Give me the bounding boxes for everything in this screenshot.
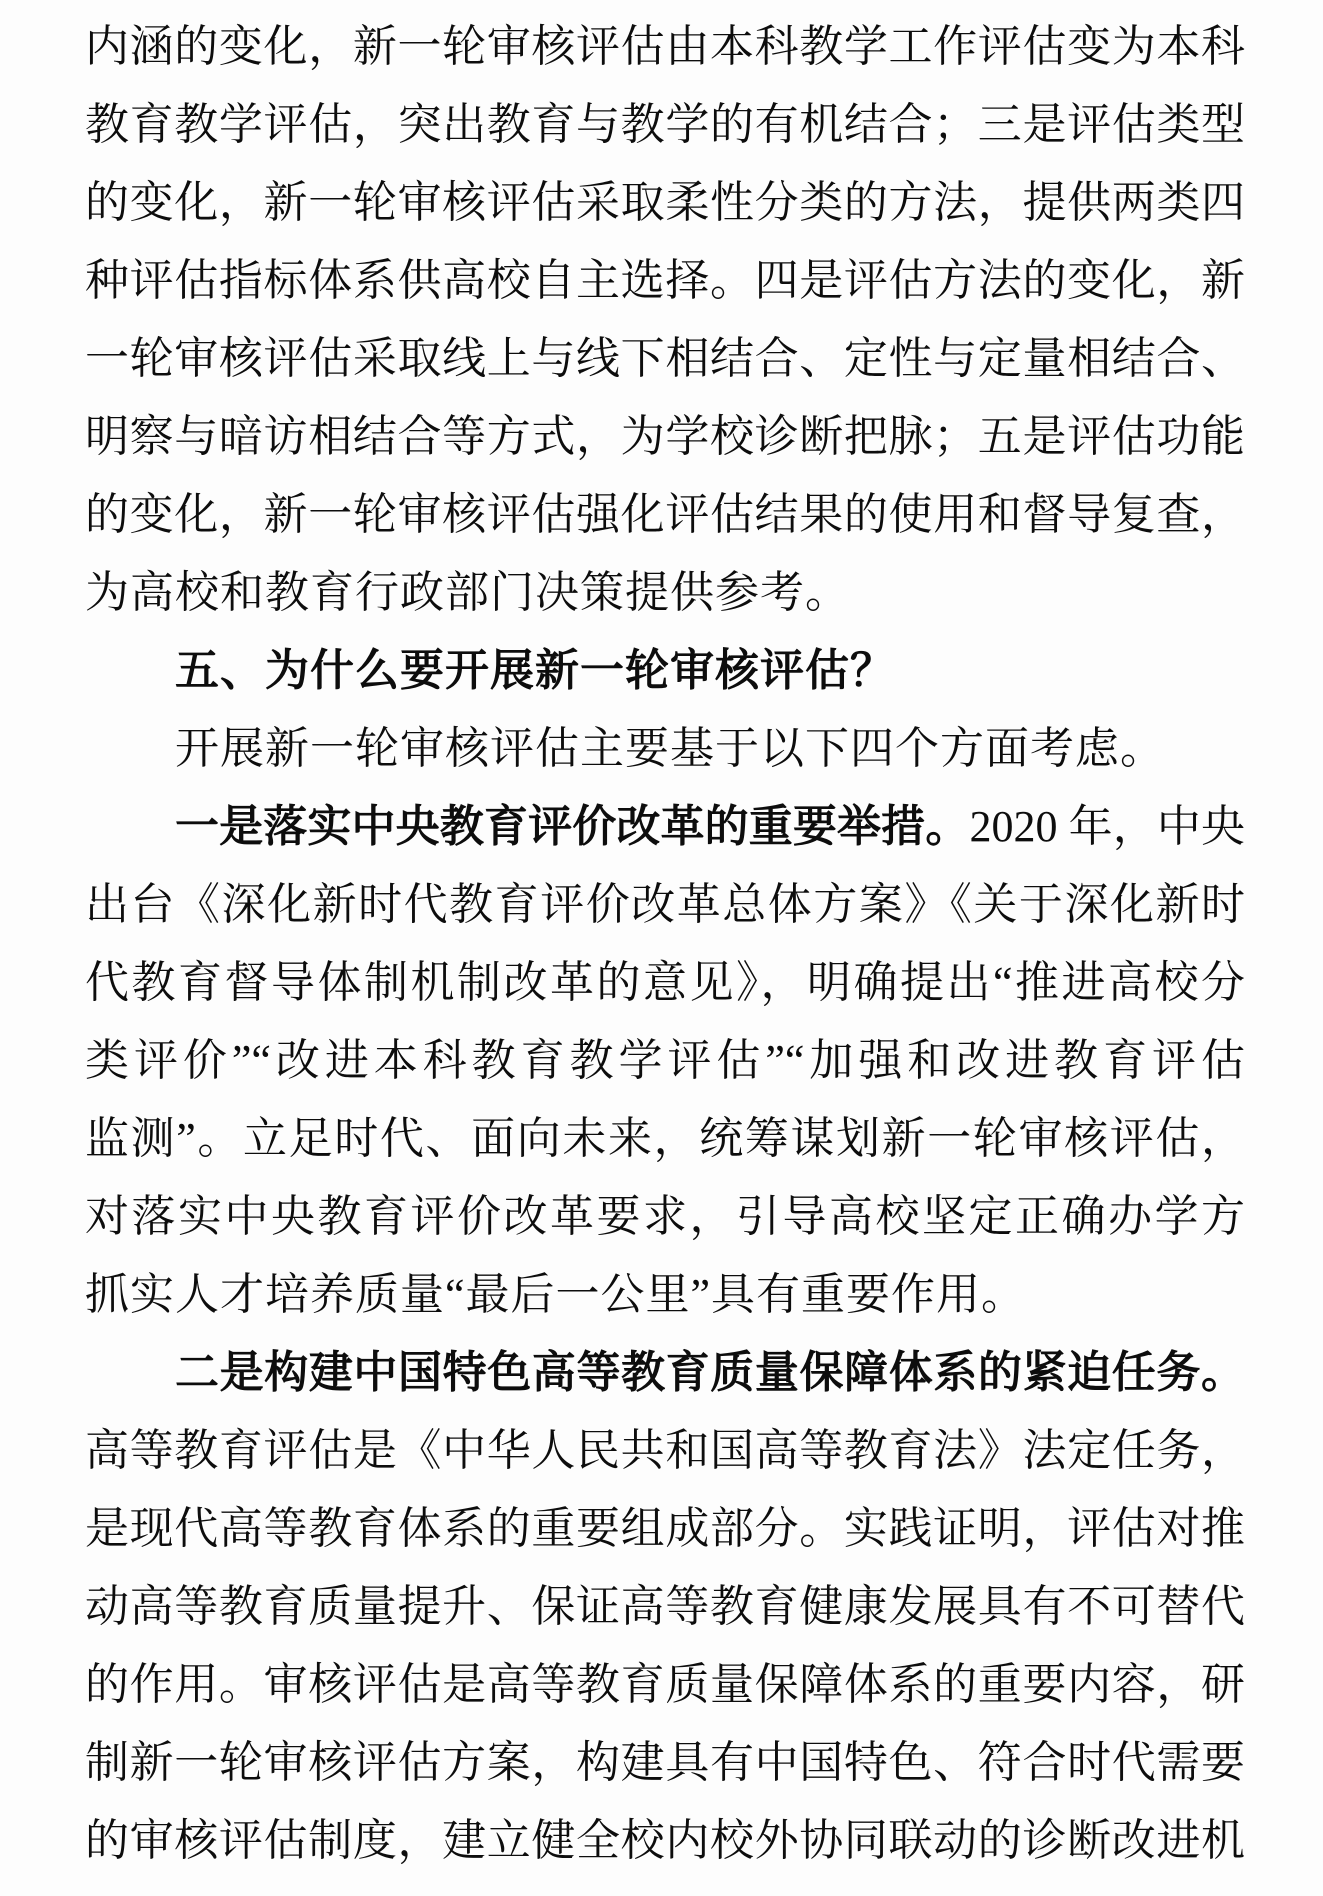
body-text: 高等教育评估是《中华人民共和国高等教育法》法定任务， <box>85 1426 1245 1475</box>
body-text: 种评估指标体系供高校自主选择。四是评估方法的变化，新 <box>85 256 1245 305</box>
text-line: 的审核评估制度，建立健全校内校外协同联动的诊断改进机 <box>85 1802 1245 1880</box>
document-page: 内涵的变化，新一轮审核评估由本科教学工作评估变为本科教育教学评估，突出教育与教学… <box>0 0 1323 1896</box>
body-text: 是现代高等教育体系的重要组成部分。实践证明，评估对推 <box>85 1504 1245 1553</box>
text-line: 一是落实中央教育评价改革的重要举措。2020 年，中央 <box>85 788 1245 866</box>
body-text: 开展新一轮审核评估主要基于以下四个方面考虑。 <box>175 724 1165 773</box>
body-text: 的变化，新一轮审核评估强化评估结果的使用和督导复查， <box>85 490 1245 539</box>
section-heading: 五、为什么要开展新一轮审核评估？ <box>85 632 1245 710</box>
text-line: 开展新一轮审核评估主要基于以下四个方面考虑。 <box>85 710 1245 788</box>
body-text: 为高校和教育行政部门决策提供参考。 <box>85 568 850 617</box>
emphasis-text: 二是构建中国特色高等教育质量保障体系的紧迫任务。 <box>175 1348 1245 1397</box>
text-line: 二是构建中国特色高等教育质量保障体系的紧迫任务。 <box>85 1334 1245 1412</box>
text-line: 制新一轮审核评估方案，构建具有中国特色、符合时代需要 <box>85 1724 1245 1802</box>
text-line: 教育教学评估，突出教育与教学的有机结合；三是评估类型 <box>85 86 1245 164</box>
body-text: 的审核评估制度，建立健全校内校外协同联动的诊断改进机 <box>85 1816 1245 1865</box>
body-text: 教育教学评估，突出教育与教学的有机结合；三是评估类型 <box>85 100 1245 149</box>
document-body: 内涵的变化，新一轮审核评估由本科教学工作评估变为本科教育教学评估，突出教育与教学… <box>85 8 1245 1880</box>
text-line: 内涵的变化，新一轮审核评估由本科教学工作评估变为本科 <box>85 8 1245 86</box>
text-line: 动高等教育质量提升、保证高等教育健康发展具有不可替代 <box>85 1568 1245 1646</box>
body-text: 代教育督导体制机制改革的意见》，明确提出“推进高校分 <box>85 958 1245 1007</box>
text-line: 的变化，新一轮审核评估强化评估结果的使用和督导复查， <box>85 476 1245 554</box>
text-line: 的变化，新一轮审核评估采取柔性分类的方法，提供两类四 <box>85 164 1245 242</box>
body-text: 出台《深化新时代教育评价改革总体方案》《关于深化新时 <box>85 880 1245 929</box>
body-text: 的变化，新一轮审核评估采取柔性分类的方法，提供两类四 <box>85 178 1245 227</box>
body-text: 一轮审核评估采取线上与线下相结合、定性与定量相结合、 <box>85 334 1245 383</box>
text-line: 对落实中央教育评价改革要求，引导高校坚定正确办学方向、 <box>85 1178 1245 1256</box>
body-text: 2020 年，中央 <box>969 802 1245 851</box>
text-line: 抓实人才培养质量“最后一公里”具有重要作用。 <box>85 1256 1245 1334</box>
body-text: 内涵的变化，新一轮审核评估由本科教学工作评估变为本科 <box>85 22 1245 71</box>
body-text: 监测”。立足时代、面向未来，统筹谋划新一轮审核评估， <box>85 1114 1245 1163</box>
body-text: 对落实中央教育评价改革要求，引导高校坚定正确办学方向、 <box>85 1192 1245 1256</box>
body-text: 抓实人才培养质量“最后一公里”具有重要作用。 <box>85 1270 1026 1319</box>
body-text: 类评价”“改进本科教育教学评估”“加强和改进教育评估 <box>85 1036 1245 1085</box>
text-line: 是现代高等教育体系的重要组成部分。实践证明，评估对推 <box>85 1490 1245 1568</box>
text-line: 的作用。审核评估是高等教育质量保障体系的重要内容，研 <box>85 1646 1245 1724</box>
body-text: 明察与暗访相结合等方式，为学校诊断把脉；五是评估功能 <box>85 412 1245 461</box>
emphasis-text: 五、为什么要开展新一轮审核评估？ <box>175 646 895 695</box>
text-line: 代教育督导体制机制改革的意见》，明确提出“推进高校分 <box>85 944 1245 1022</box>
text-line: 明察与暗访相结合等方式，为学校诊断把脉；五是评估功能 <box>85 398 1245 476</box>
text-line: 种评估指标体系供高校自主选择。四是评估方法的变化，新 <box>85 242 1245 320</box>
text-line: 一轮审核评估采取线上与线下相结合、定性与定量相结合、 <box>85 320 1245 398</box>
emphasis-text: 一是落实中央教育评价改革的重要举措。 <box>175 802 969 851</box>
text-line: 出台《深化新时代教育评价改革总体方案》《关于深化新时 <box>85 866 1245 944</box>
body-text: 动高等教育质量提升、保证高等教育健康发展具有不可替代 <box>85 1582 1245 1631</box>
body-text: 的作用。审核评估是高等教育质量保障体系的重要内容，研 <box>85 1660 1245 1709</box>
text-line: 为高校和教育行政部门决策提供参考。 <box>85 554 1245 632</box>
body-text: 制新一轮审核评估方案，构建具有中国特色、符合时代需要 <box>85 1738 1245 1787</box>
text-line: 类评价”“改进本科教育教学评估”“加强和改进教育评估 <box>85 1022 1245 1100</box>
text-line: 高等教育评估是《中华人民共和国高等教育法》法定任务， <box>85 1412 1245 1490</box>
text-line: 监测”。立足时代、面向未来，统筹谋划新一轮审核评估， <box>85 1100 1245 1178</box>
